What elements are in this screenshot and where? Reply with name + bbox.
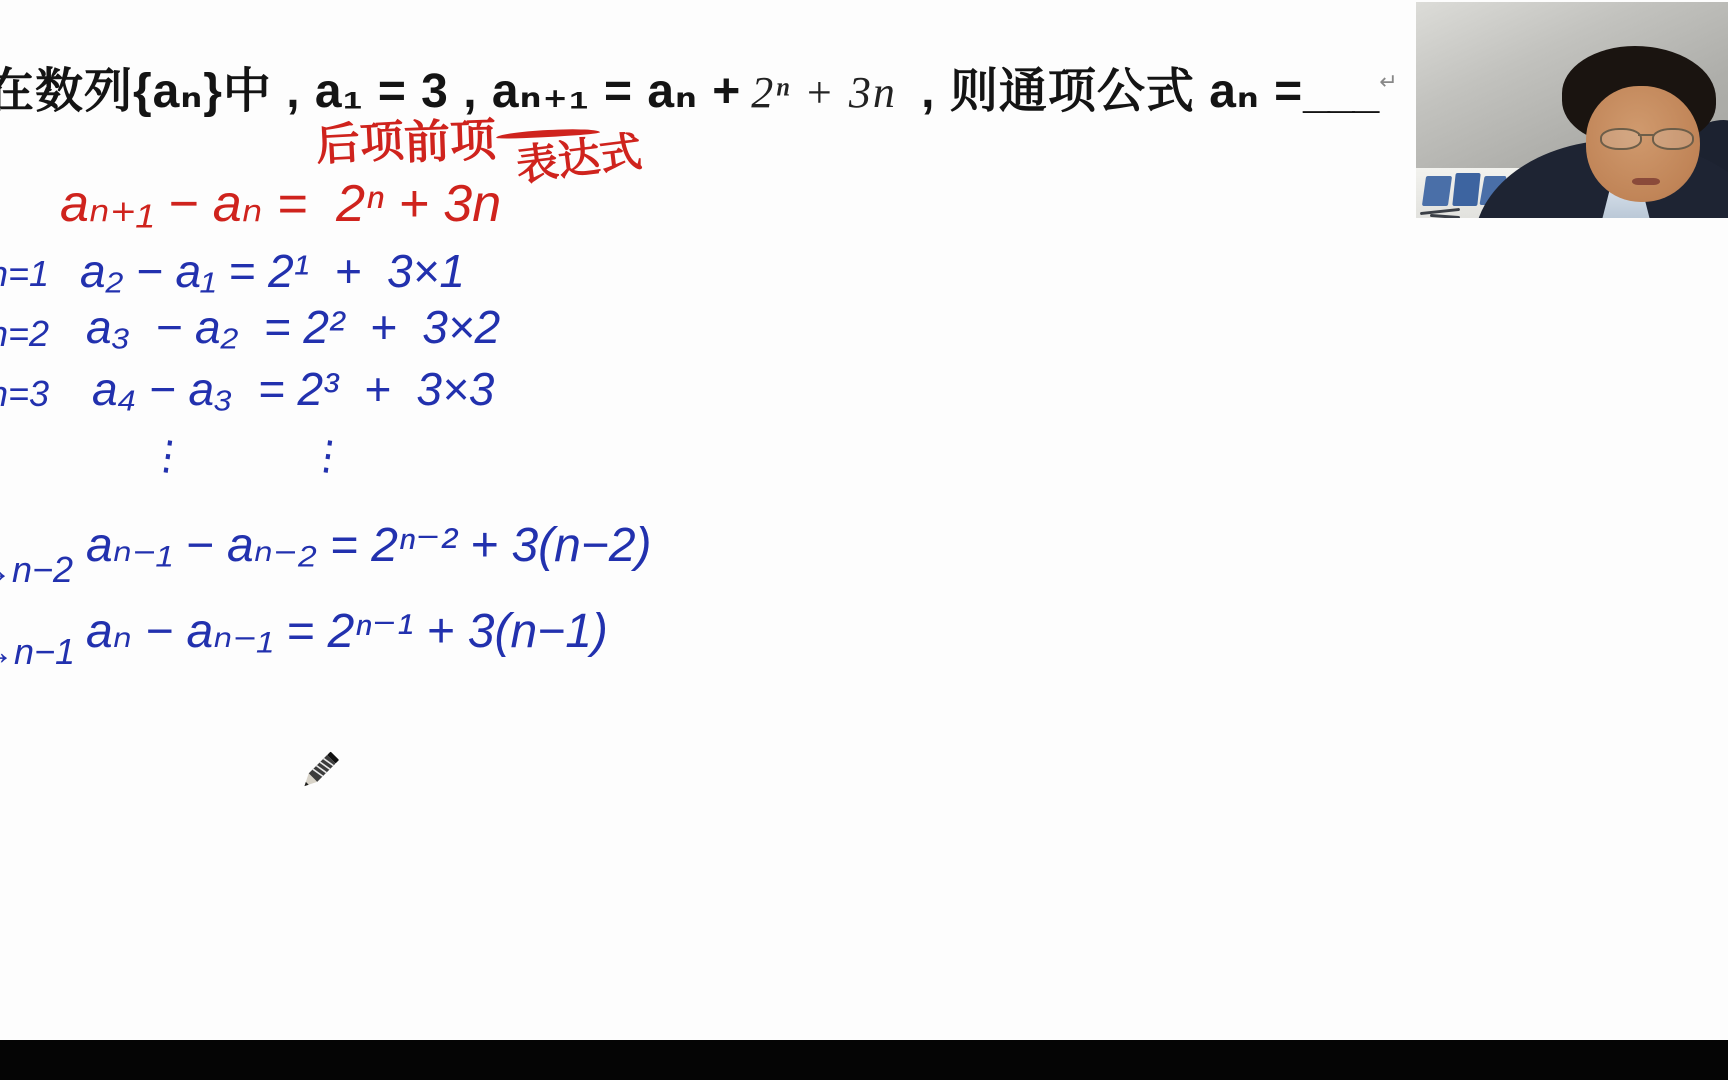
problem-statement: 在数列{aₙ}中 , a₁ = 3 , aₙ₊₁ = aₙ +2ⁿ + 3n ,… [0,52,1399,121]
row-index-label: n=3 [0,376,49,412]
equation-text: aₙ₋₁ − aₙ₋₂ = 2ⁿ⁻² + 3(n−2) [86,522,652,570]
ellipsis-dots: ⋮ [145,433,190,478]
problem-highlight-term: 2ⁿ + 3n [751,68,897,117]
problem-part2: , 则通项公式 aₙ = [907,65,1303,118]
equation-text: a₂ − a₁ = 2¹ + 3×1 [80,248,465,294]
annotation-expression: 表达式 [514,130,644,187]
letterbox-bottom-bar [0,1040,1728,1080]
annotation-former-term: 前项 [403,116,497,165]
monitor-shape [1452,173,1480,206]
equation-text: aₙ − aₙ₋₁ = 2ⁿ⁻¹ + 3(n−1) [86,608,608,656]
row-index-label: →n−1 [0,634,75,670]
pencil-cursor-icon [296,748,344,796]
webcam-video [1416,2,1728,218]
ellipsis-dots: ⋮ [305,433,350,478]
instructor-mouth [1632,178,1660,185]
desk-object [1430,214,1460,218]
problem-part1: 在数列{aₙ}中 , a₁ = 3 , aₙ₊₁ = aₙ + [0,65,741,118]
equation-text: a₄ − a₃ = 2³ + 3×3 [92,366,494,412]
monitor-shape [1422,176,1452,206]
instructor-glasses [1600,128,1692,148]
row-index-label: n=2 [0,316,49,352]
row-index-label: →n−2 [0,552,73,588]
recurrence-equation: aₙ₊₁ − aₙ = 2ⁿ + 3n [60,178,501,230]
paragraph-return-mark: ↵ [1379,69,1398,94]
annotation-latter-term: 后项 [315,120,405,169]
answer-blank: ___ [1303,65,1377,118]
equation-text: a₃ − a₂ = 2² + 3×2 [86,304,500,350]
row-index-label: n=1 [0,256,49,292]
